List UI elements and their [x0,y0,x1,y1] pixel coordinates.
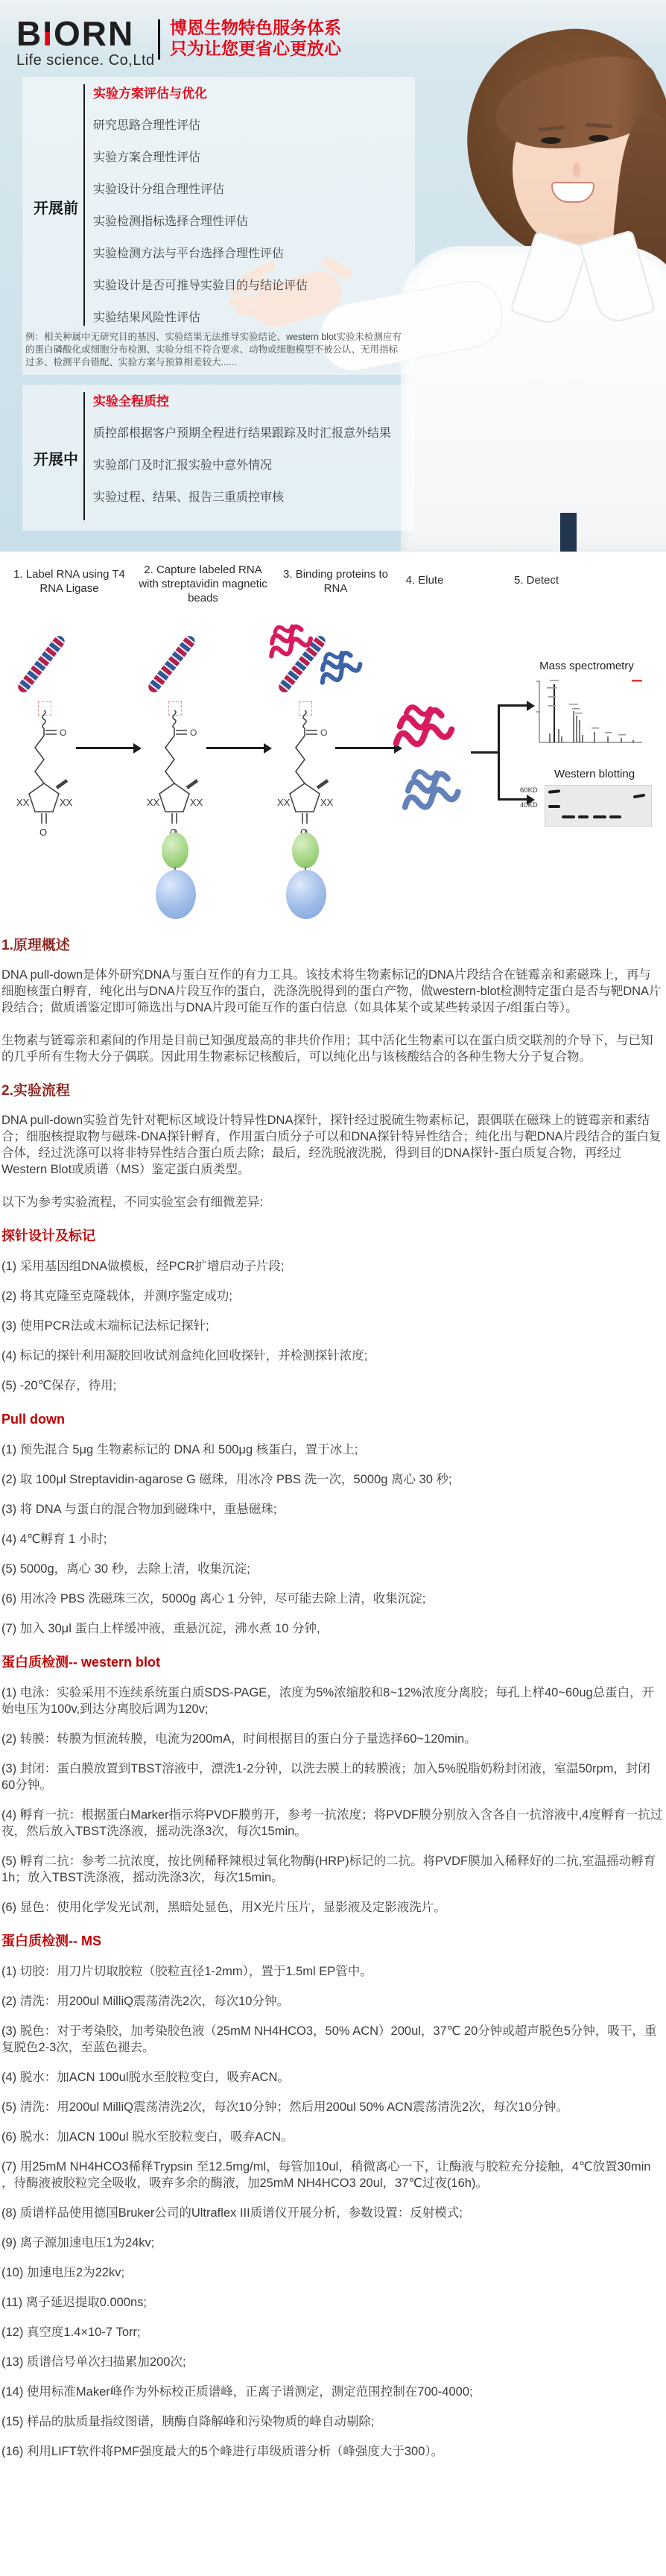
magnetic-bead-icon [286,870,326,919]
divider-line [83,392,85,520]
wb-band [548,805,560,808]
eye-left [541,137,561,144]
mass-spectrum-chart [529,677,647,751]
protocol-step: (2) 取 100μl Streptavidin-agarose G 磁珠，用冰… [1,1471,663,1488]
protocol-step: (7) 用25mM NH4HCO3稀释Trypsin 至12.5mg/ml，每管… [1,2159,663,2191]
doc-section: 2.实验流程 DNA pull-down实验首先针对靶标区域设计特异性DNA探针… [1,1082,663,1210]
rna-helix-icon [146,634,197,695]
svg-text:XX: XX [60,797,73,808]
service-item: 质控部根据客户预期全程进行结果跟踪及时汇报意外结果 [93,426,407,441]
doc-section: Pull down (1) 预先混合 5μg 生物素标记的 DNA 和 500μ… [1,1410,663,1637]
paragraph: 以下为参考实验流程，不同实验室会有细微差异: [1,1194,663,1210]
wb-band [609,815,621,818]
protocol-step: (3) 将 DNA 与蛋白的混合物加到磁珠中，重悬磁珠; [1,1501,663,1518]
protocol-step: (8) 质谱样品使用德国Bruker公司的Ultraflex III质谱仪开展分… [1,2205,663,2221]
stage-label: 开展前 [34,196,87,218]
mass-spec-label: Mass spectrometry [521,660,652,672]
svg-text:O: O [190,727,197,738]
protocol-step: (4) 脱水：加ACN 100ul脱水至胶粒变白，吸弃ACN。 [1,2069,663,2086]
service-item: 实验过程、结果、报告三重质控审核 [93,490,407,505]
wb-band [578,815,589,818]
service-item: 实验部门及时汇报实验中意外情况 [93,458,407,473]
service-card-during: 开展中 实验全程质控 质控部根据客户预期全程进行结果跟踪及时汇报意外结果实验部门… [22,385,415,531]
protocol-steps: (1) 采用基因组DNA做模板，经PCR扩增启动子片段;(2) 将其克隆至克隆载… [1,1258,663,1394]
western-blot-label: Western blotting [530,768,659,780]
protocol-step: (4) 4℃孵育 1 小时; [1,1531,663,1547]
section-heading: 1.原理概述 [1,936,663,955]
tagline-line1: 博恩生物特色服务体系 [170,17,341,38]
service-list: 实验全程质控 质控部根据客户预期全程进行结果跟踪及时汇报意外结果实验部门及时汇报… [93,394,407,522]
service-card-before: 开展前 实验方案评估与优化 研究思路合理性评估实验方案合理性评估实验设计分组合理… [22,77,415,375]
protocol-step: (4) 标记的探针利用凝胶回收试剂盒纯化回收探针，并检测探针浓度; [1,1348,663,1364]
protocol-step: (16) 利用LIFT软件将PMF强度最大的5个峰进行串级质谱分析（峰强度大于3… [1,2443,663,2460]
wb-marker-60kd: 60KD [520,786,538,795]
eluted-protein-blue-icon [393,760,478,815]
wb-marker-40kd: 40KD [520,801,538,809]
protocol-step: (2) 将其克隆至克隆载体，并测序鉴定成功; [1,1288,663,1304]
service-item: 研究思路合理性评估 [93,118,407,133]
protocol-step: (1) 预先混合 5μg 生物素标记的 DNA 和 500μg 核蛋白，置于冰上… [1,1442,663,1458]
svg-text:XX: XX [147,797,160,808]
doc-section: 蛋白质检测-- western blot (1) 电泳：实验采用不连续系统蛋白质… [1,1653,663,1916]
service-items: 质控部根据客户预期全程进行结果跟踪及时汇报意外结果实验部门及时汇报实验中意外情况… [93,426,407,505]
protocol-step: (5) 清洗：用200ul MilliQ震荡清洗2次，每次10分钟；然后用200… [1,2099,663,2115]
workflow-step-1: 1. Label RNA using T4 RNA Ligase [6,568,133,596]
paragraph: DNA pull-down是体外研究DNA与蛋白互作的有力工具。该技术将生物素标… [1,967,663,1016]
protocol-steps: (1) 预先混合 5μg 生物素标记的 DNA 和 500μg 核蛋白，置于冰上… [1,1442,663,1637]
page: BIORN Life science. Co,Ltd 博恩生物特色服务体系 只为… [0,0,666,2576]
stage-label: 开展中 [34,447,87,469]
service-card-title: 实验方案评估与优化 [93,86,407,101]
workflow-diagram: 1. Label RNA using T4 RNA Ligase 2. Capt… [0,552,666,933]
section-heading: 2.实验流程 [1,1082,663,1100]
protocol-step: (2) 清洗：用200ul MilliQ震荡清洗2次，每次10分钟。 [1,1993,663,2010]
header-divider [158,19,160,60]
protocol-steps: (1) 电泳：实验采用不连续系统蛋白质SDS-PAGE，浓度为5%浓缩胶和8~1… [1,1685,663,1916]
protocol-step: (5) 孵育二抗：参考二抗浓度，按比例稀释辣根过氧化物酶(HRP)标记的二抗。将… [1,1853,663,1886]
protocol-step: (10) 加速电压2为22kv; [1,2264,663,2281]
doc-section: 1.原理概述 DNA pull-down是体外研究DNA与蛋白互作的有力工具。该… [1,936,663,1065]
svg-text:XX: XX [190,797,203,808]
eluted-protein-pink-icon [384,697,472,753]
service-item: 实验检测指标选择合理性评估 [93,214,407,230]
protocol-step: (6) 用冰冷 PBS 洗磁珠三次，5000g 离心 1 分钟，尽可能去除上清，… [1,1591,663,1607]
service-list: 实验方案评估与优化 研究思路合理性评估实验方案合理性评估实验设计分组合理性评估实… [93,86,407,342]
biotin-linker-icon: O XX XX O [144,710,226,839]
logo-subtitle: Life science. Co,Ltd [16,52,155,69]
service-items: 研究思路合理性评估实验方案合理性评估实验设计分组合理性评估实验检测指标选择合理性… [93,118,407,326]
subsection-heading: 探针设计及标记 [1,1227,663,1245]
arrow-icon [206,747,264,749]
nose-shape [573,162,580,177]
service-item: 实验设计分组合理性评估 [93,182,407,198]
arrow-icon [335,747,395,749]
rna-helix-icon [16,634,66,695]
streptavidin-bead-icon [162,833,188,868]
protocol-step: (11) 离子延迟提取0.000ns; [1,2294,663,2311]
service-item: 实验检测方法与平台选择合理性评估 [93,246,407,262]
paragraph: 生物素与链霉亲和素间的作用是目前已知强度最高的非共价作用；其中活化生物素可以在蛋… [1,1032,663,1065]
protocol-step: (7) 加入 30μl 蛋白上样缓冲液，重悬沉淀，沸水煮 10 分钟, [1,1620,663,1637]
workflow-step-3: 3. Binding proteins to RNA [274,568,397,596]
service-item: 实验结果风险性评估 [93,310,407,326]
tagline: 博恩生物特色服务体系 只为让您更省心更放心 [170,17,341,59]
logo-letter: B [16,14,42,53]
svg-text:O: O [60,727,66,738]
protocol-steps: (1) 切胶：用刀片切取胶粒（胶粒直径1-2mm），置于1.5ml EP管中。(… [1,1963,663,2460]
service-card-title: 实验全程质控 [93,394,407,409]
svg-text:O: O [39,827,47,838]
protocol-step: (12) 真空度1.4×10-7 Torr; [1,2324,663,2340]
protocol-step: (6) 脱水：加ACN 100ul 脱水至胶粒变白，吸弃ACN。 [1,2129,663,2145]
protocol-step: (13) 质谱信号单次扫描累加200次; [1,2354,663,2370]
protocol-step: (15) 样品的肽质量指纹图谱，胰酶自降解峰和污染物质的峰自动剔除; [1,2414,663,2430]
shirt-gap-shape [560,513,577,552]
protocol-step: (5) -20℃保存，待用; [1,1377,663,1394]
divider-line [83,84,85,326]
tagline-line2: 只为让您更省心更放心 [170,38,341,59]
wb-band [593,815,606,818]
protocol-step: (1) 电泳：实验采用不连续系统蛋白质SDS-PAGE，浓度为5%浓缩胶和8~1… [1,1685,663,1717]
workflow-step-2: 2. Capture labeled RNA with streptavidin… [134,563,272,605]
paragraph: DNA pull-down实验首先针对靶标区域设计特异性DNA探针，探针经过脱硫… [1,1112,663,1178]
subsection-heading: 蛋白质检测-- MS [1,1932,663,1950]
wb-band [548,789,560,794]
arrow-icon [498,704,527,707]
service-item: 实验设计是否可推导实验目的与结论评估 [93,278,407,294]
bead-captured-structure: O XX XX O [144,630,226,928]
protocol-step: (2) 转膜：转膜为恒流转膜，电流为200mA，时间根据目的蛋白分子量选择60~… [1,1731,663,1747]
subsection-heading: Pull down [1,1410,663,1428]
eye-right [589,135,609,142]
protocol-step: (4) 孵育一抗：根据蛋白Marker指示将PVDF膜剪开，参考一抗浓度；将PV… [1,1807,663,1840]
protocol-step: (1) 切胶：用刀片切取胶粒（胶粒直径1-2mm），置于1.5ml EP管中。 [1,1963,663,1980]
protocol-step: (3) 封闭：蛋白膜放置到TBST溶液中，漂洗1-2分钟，以洗去膜上的转膜液；加… [1,1761,663,1793]
magnetic-bead-icon [156,870,196,919]
hero-banner: BIORN Life science. Co,Ltd 博恩生物特色服务体系 只为… [0,0,666,552]
logo-wordmark: BIORN [16,16,155,51]
western-blot-panel [545,785,652,827]
arrow-icon [76,747,134,749]
protocol-step: (14) 使用标准Maker峰作为外标校正质谱峰，正离子谱测定，测定范围控制在7… [1,2384,663,2400]
service-item: 实验方案合理性评估 [93,150,407,165]
subsection-heading: 蛋白质检测-- western blot [1,1653,663,1671]
labeled-rna-structure: O XX XX O [13,630,95,928]
svg-text:XX: XX [16,797,30,808]
svg-text:XX: XX [277,797,291,808]
service-note: 例：相关种属中无研究目的基因、实验结果无法推导实验结论、western blot… [25,331,403,369]
svg-text:O: O [320,727,327,738]
svg-text:XX: XX [320,797,334,808]
wb-band [562,815,575,818]
wb-band [633,794,645,799]
doc-section: 蛋白质检测-- MS (1) 切胶：用刀片切取胶粒（胶粒直径1-2mm），置于1… [1,1932,663,2460]
company-logo: BIORN Life science. Co,Ltd [16,16,155,69]
branch-line [471,751,499,754]
workflow-step-5: 5. Detect [492,574,581,588]
doc-section: 探针设计及标记 (1) 采用基因组DNA做模板，经PCR扩增启动子片段;(2) … [1,1227,663,1394]
arrow-icon [498,798,527,801]
branch-line [498,705,500,801]
protocol-step: (1) 采用基因组DNA做模板，经PCR扩增启动子片段; [1,1258,663,1275]
logo-letter-i: I [42,14,54,53]
biotin-linker-icon: O XX XX O [13,710,95,839]
protocol-document: 1.原理概述 DNA pull-down是体外研究DNA与蛋白互作的有力工具。该… [0,936,666,2473]
protocol-step: (3) 使用PCR法或末端标记法标记探针; [1,1318,663,1334]
protocol-step: (6) 显色：使用化学发光试剂，黑暗处显色，用X光片压片，显影液及定影液洗片。 [1,1899,663,1916]
protocol-step: (3) 脱色：对于考染胶，加考染胶色液（25mM NH4HCO3，50% ACN… [1,2023,663,2056]
streptavidin-bead-icon [292,833,319,868]
protocol-step: (9) 离子源加速电压1为24kv; [1,2235,663,2251]
workflow-step-4: 4. Elute [387,574,462,588]
protocol-step: (5) 5000g，离心 30 秒，去除上清，收集沉淀; [1,1561,663,1577]
biotin-linker-icon: O XX XX O [274,710,356,839]
logo-letters: ORN [54,14,134,53]
